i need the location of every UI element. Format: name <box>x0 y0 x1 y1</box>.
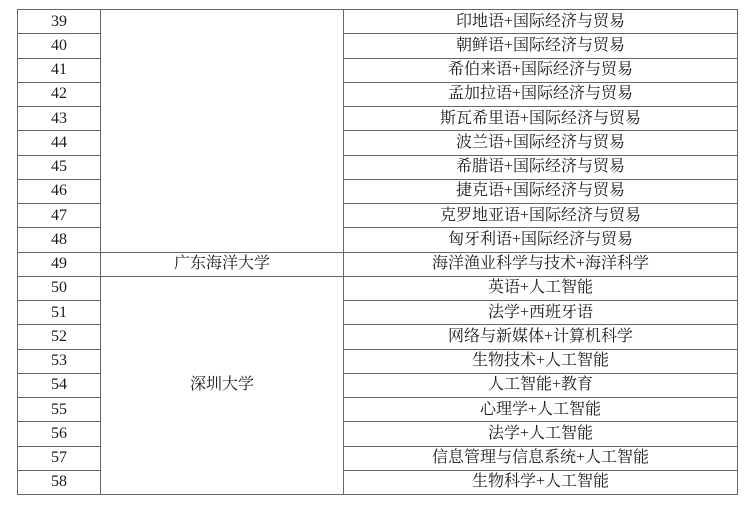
program-cell: 波兰语+国际经济与贸易 <box>344 131 738 155</box>
program-cell: 生物技术+人工智能 <box>344 349 738 373</box>
row-number-cell: 56 <box>18 422 101 446</box>
row-number-cell: 39 <box>18 10 101 34</box>
row-number-cell: 52 <box>18 325 101 349</box>
program-cell: 网络与新媒体+计算机科学 <box>344 325 738 349</box>
table-row: 49广东海洋大学海洋渔业科学与技术+海洋科学 <box>18 252 738 276</box>
table-row: 39印地语+国际经济与贸易 <box>18 10 738 34</box>
row-number-cell: 47 <box>18 204 101 228</box>
program-cell: 孟加拉语+国际经济与贸易 <box>344 82 738 106</box>
program-cell: 生物科学+人工智能 <box>344 470 738 494</box>
row-number-cell: 48 <box>18 228 101 252</box>
degree-program-table: 39印地语+国际经济与贸易40朝鲜语+国际经济与贸易41希伯来语+国际经济与贸易… <box>17 9 738 495</box>
program-cell: 克罗地亚语+国际经济与贸易 <box>344 204 738 228</box>
row-number-cell: 50 <box>18 276 101 300</box>
row-number-cell: 40 <box>18 34 101 58</box>
row-number-cell: 43 <box>18 107 101 131</box>
table-row: 50深圳大学英语+人工智能 <box>18 276 738 300</box>
program-cell: 捷克语+国际经济与贸易 <box>344 179 738 203</box>
row-number-cell: 42 <box>18 82 101 106</box>
row-number-cell: 57 <box>18 446 101 470</box>
row-number-cell: 49 <box>18 252 101 276</box>
program-cell: 斯瓦希里语+国际经济与贸易 <box>344 107 738 131</box>
row-number-cell: 58 <box>18 470 101 494</box>
document-page: 39印地语+国际经济与贸易40朝鲜语+国际经济与贸易41希伯来语+国际经济与贸易… <box>0 0 750 514</box>
program-cell: 希伯来语+国际经济与贸易 <box>344 58 738 82</box>
row-number-cell: 51 <box>18 301 101 325</box>
university-cell: 广东海洋大学 <box>101 252 344 276</box>
program-cell: 海洋渔业科学与技术+海洋科学 <box>344 252 738 276</box>
program-cell: 印地语+国际经济与贸易 <box>344 10 738 34</box>
row-number-cell: 55 <box>18 398 101 422</box>
program-cell: 匈牙利语+国际经济与贸易 <box>344 228 738 252</box>
program-cell: 法学+人工智能 <box>344 422 738 446</box>
row-number-cell: 53 <box>18 349 101 373</box>
row-number-cell: 41 <box>18 58 101 82</box>
row-number-cell: 46 <box>18 179 101 203</box>
program-cell: 英语+人工智能 <box>344 276 738 300</box>
program-cell: 朝鲜语+国际经济与贸易 <box>344 34 738 58</box>
program-cell: 心理学+人工智能 <box>344 398 738 422</box>
university-cell: 深圳大学 <box>101 276 344 494</box>
program-cell: 法学+西班牙语 <box>344 301 738 325</box>
program-cell: 希腊语+国际经济与贸易 <box>344 155 738 179</box>
row-number-cell: 44 <box>18 131 101 155</box>
university-cell <box>101 10 344 253</box>
degree-table-body: 39印地语+国际经济与贸易40朝鲜语+国际经济与贸易41希伯来语+国际经济与贸易… <box>18 10 738 495</box>
program-cell: 信息管理与信息系统+人工智能 <box>344 446 738 470</box>
program-cell: 人工智能+教育 <box>344 373 738 397</box>
row-number-cell: 54 <box>18 373 101 397</box>
row-number-cell: 45 <box>18 155 101 179</box>
